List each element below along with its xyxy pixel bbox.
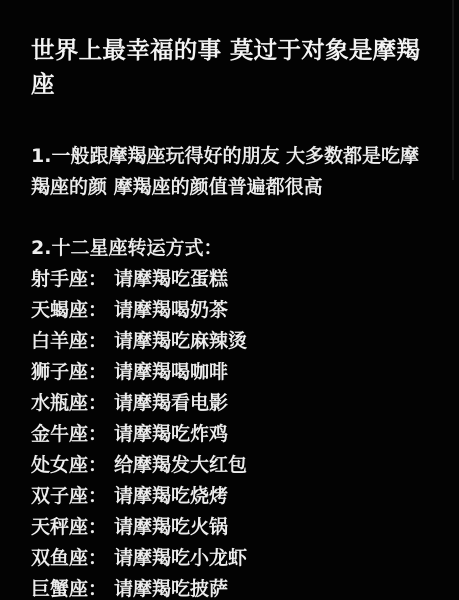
zodiac-sign: 巨蟹座	[31, 574, 88, 600]
page-title: 世界上最幸福的事 莫过于对象是摩羯座	[31, 33, 431, 101]
section-2-heading: 2.十二星座转运方式：	[31, 233, 431, 264]
zodiac-sign: 射手座	[31, 264, 88, 295]
method-text: 请摩羯吃披萨	[114, 578, 228, 600]
method-text: 请摩羯吃蛋糕	[114, 268, 228, 290]
list-item: 金牛座：请摩羯吃炸鸡	[31, 419, 431, 450]
separator: ：	[88, 295, 114, 326]
method-text: 请摩羯吃麻辣烫	[114, 330, 247, 352]
list-item: 处女座：给摩羯发大红包	[31, 450, 431, 481]
list-item: 天秤座：请摩羯吃火锅	[31, 512, 431, 543]
method-text: 请摩羯看电影	[114, 392, 228, 414]
list-item: 双子座：请摩羯吃烧烤	[31, 481, 431, 512]
list-item: 天蝎座：请摩羯喝奶茶	[31, 295, 431, 326]
zodiac-sign: 处女座	[31, 450, 88, 481]
zodiac-sign: 金牛座	[31, 419, 88, 450]
method-text: 请摩羯吃小龙虾	[114, 547, 247, 569]
section-2: 2.十二星座转运方式： 射手座：请摩羯吃蛋糕 天蝎座：请摩羯喝奶茶 白羊座：请摩…	[31, 233, 431, 600]
separator: ：	[88, 543, 114, 574]
list-item: 巨蟹座：请摩羯吃披萨	[31, 574, 431, 600]
list-item: 白羊座：请摩羯吃麻辣烫	[31, 326, 431, 357]
method-text: 请摩羯吃火锅	[114, 516, 228, 538]
separator: ：	[88, 450, 114, 481]
separator: ：	[88, 419, 114, 450]
zodiac-sign: 天秤座	[31, 512, 88, 543]
zodiac-sign: 双鱼座	[31, 543, 88, 574]
list-item: 水瓶座：请摩羯看电影	[31, 388, 431, 419]
method-text: 请摩羯喝奶茶	[114, 299, 228, 321]
zodiac-sign: 水瓶座	[31, 388, 88, 419]
zodiac-sign: 狮子座	[31, 357, 88, 388]
method-text: 给摩羯发大红包	[114, 454, 247, 476]
paragraph-1: 1.一般跟摩羯座玩得好的朋友 大多数都是吃摩羯座的颜 摩羯座的颜值普遍都很高	[31, 141, 431, 203]
method-text: 请摩羯吃炸鸡	[114, 423, 228, 445]
scrollbar[interactable]	[452, 0, 454, 180]
separator: ：	[88, 264, 114, 295]
list-item: 狮子座：请摩羯喝咖啡	[31, 357, 431, 388]
method-text: 请摩羯喝咖啡	[114, 361, 228, 383]
document-page: 世界上最幸福的事 莫过于对象是摩羯座 1.一般跟摩羯座玩得好的朋友 大多数都是吃…	[0, 0, 459, 600]
separator: ：	[88, 481, 114, 512]
separator: ：	[88, 357, 114, 388]
list-item: 双鱼座：请摩羯吃小龙虾	[31, 543, 431, 574]
zodiac-list: 射手座：请摩羯吃蛋糕 天蝎座：请摩羯喝奶茶 白羊座：请摩羯吃麻辣烫 狮子座：请摩…	[31, 264, 431, 600]
separator: ：	[88, 326, 114, 357]
separator: ：	[88, 512, 114, 543]
method-text: 请摩羯吃烧烤	[114, 485, 228, 507]
list-item: 射手座：请摩羯吃蛋糕	[31, 264, 431, 295]
zodiac-sign: 双子座	[31, 481, 88, 512]
zodiac-sign: 天蝎座	[31, 295, 88, 326]
zodiac-sign: 白羊座	[31, 326, 88, 357]
separator: ：	[88, 388, 114, 419]
separator: ：	[88, 574, 114, 600]
